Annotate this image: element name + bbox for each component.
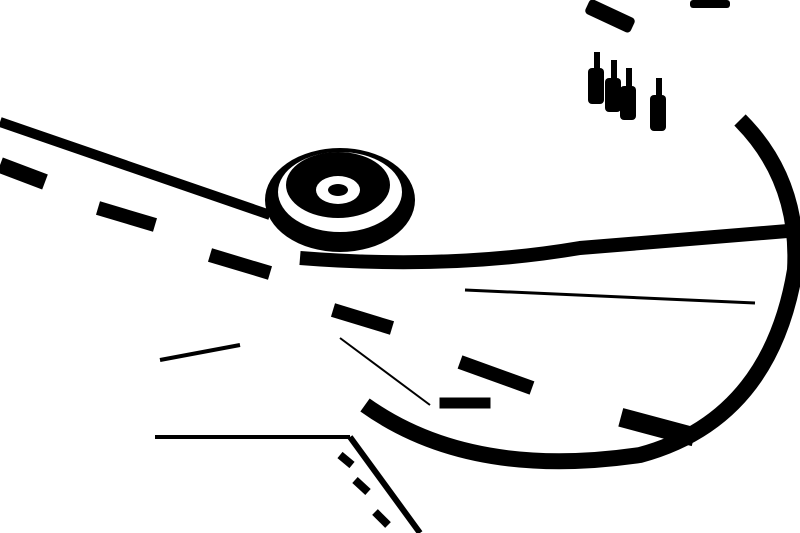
thin-line [465,290,755,303]
thin-line [160,345,240,360]
dash-segment [355,480,368,492]
bottle [605,78,621,112]
bottle-lying [584,0,636,34]
dash-segment [98,208,155,225]
dash-segment [210,255,270,273]
dash-segment [460,362,532,388]
dash-segment [333,310,392,328]
track-arc-right [365,120,795,461]
block [440,398,490,408]
tire [265,148,415,252]
bottle [620,86,636,120]
bottle [650,95,666,131]
track-line-upper [0,122,270,215]
photo-scene: Overhead view of a painted ground with c… [0,0,800,533]
photo-drawing [0,0,800,533]
thin-line [340,338,430,405]
dash-segment [0,165,45,182]
bottles [584,0,730,131]
dash-segment [340,455,352,465]
dash-segment [375,512,388,525]
block [619,409,696,446]
bottle [588,68,604,104]
